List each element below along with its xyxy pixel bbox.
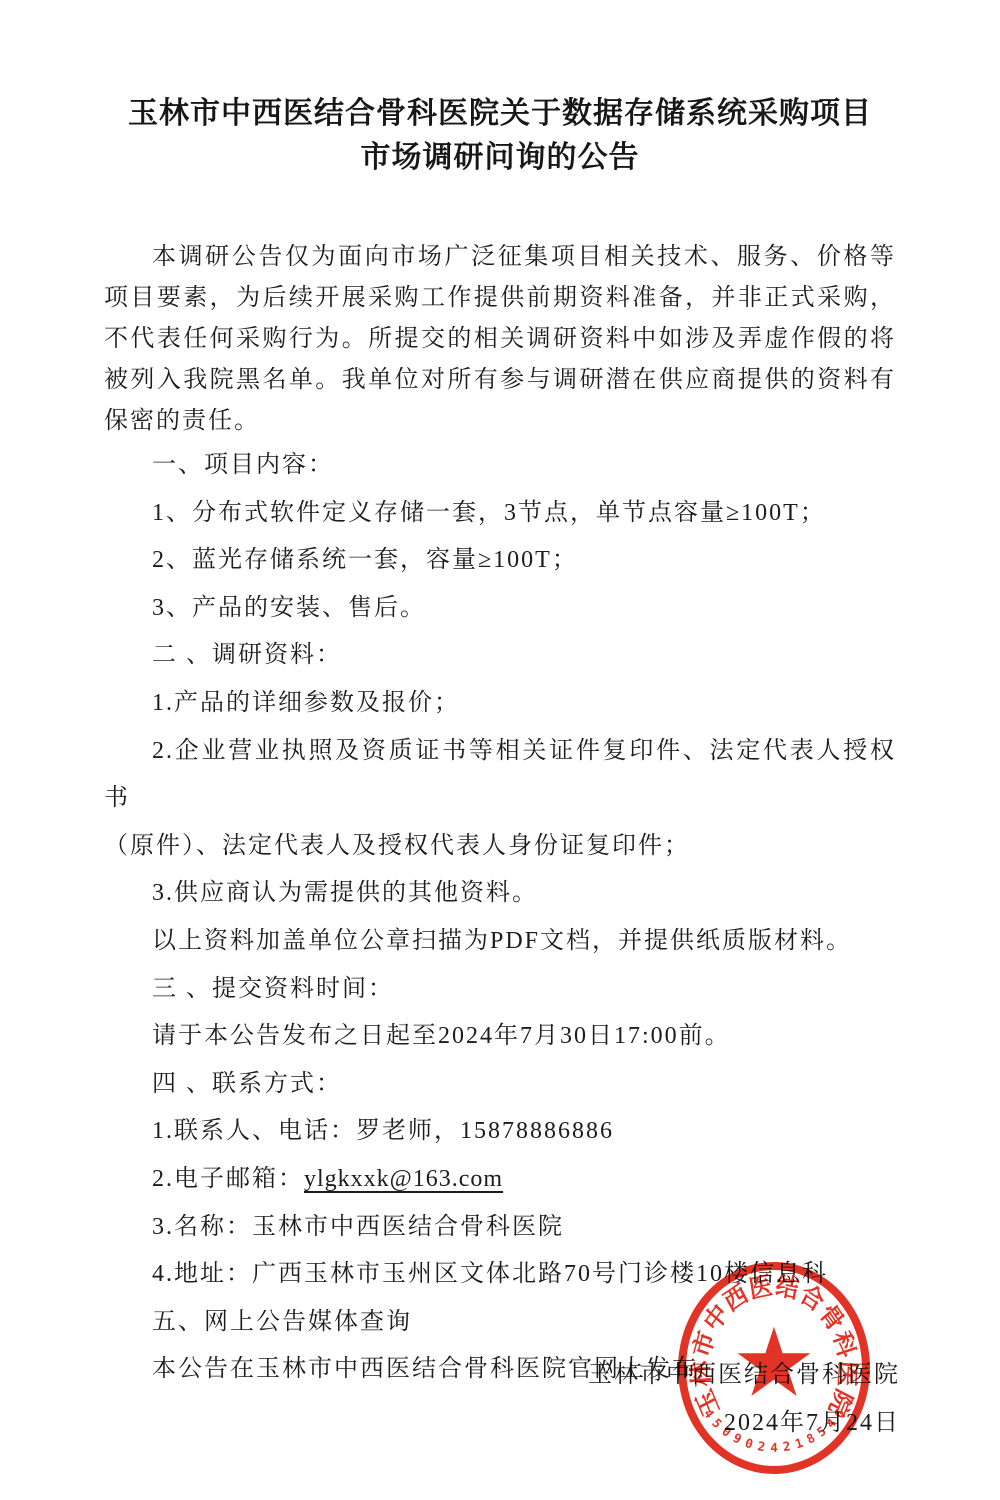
seal-serial-char: 4 — [701, 1407, 716, 1420]
paragraph: 2、蓝光存储系统一套，容量≥100T； — [104, 537, 896, 585]
seal-serial-char: 4 — [770, 1442, 778, 1455]
seal-serial-char: 5 — [815, 1425, 829, 1440]
contact-email-value: ylgkxxk@163.com — [304, 1166, 503, 1192]
seal-serial-char: 4 — [824, 1417, 838, 1431]
contact-email-label: 2.电子邮箱： — [152, 1166, 304, 1192]
paragraph: 2.企业营业执照及资质证书等相关证件复印件、法定代表人授权书 （原件）、法定代表… — [104, 728, 896, 871]
seal-serial-number: 4509024218546 — [678, 1262, 870, 1474]
document-page: 玉林市中西医结合骨科医院关于数据存储系统采购项目 市场调研问询的公告 本调研公告… — [0, 0, 1000, 1500]
seal-serial-char: 2 — [757, 1440, 766, 1454]
seal-serial-char: 6 — [832, 1407, 847, 1420]
seal-serial-char: 9 — [731, 1432, 743, 1447]
seal-serial-char: 1 — [794, 1437, 805, 1451]
paragraph: 1、分布式软件定义存储一套，3节点，单节点容量≥100T； — [104, 490, 896, 538]
seal-serial-char: 2 — [782, 1440, 791, 1454]
seal-serial-char: 0 — [719, 1425, 733, 1440]
document-body: 本调研公告仅为面向市场广泛征集项目相关技术、服务、价格等项目要素，为后续开展采购… — [104, 237, 896, 1394]
seal-serial-char: 8 — [805, 1432, 817, 1447]
intro-paragraph: 本调研公告仅为面向市场广泛征集项目相关技术、服务、价格等项目要素，为后续开展采购… — [104, 237, 896, 442]
contact-email-line: 2.电子邮箱：ylgkxxk@163.com — [104, 1156, 896, 1204]
seal-serial-char: 0 — [743, 1437, 754, 1451]
paragraph: 1.产品的详细参数及报价； — [104, 680, 896, 728]
paragraph: 3.供应商认为需提供的其他资料。 — [104, 870, 896, 918]
paragraph: 一、项目内容： — [104, 442, 896, 490]
title-line-2: 市场调研问询的公告 — [0, 136, 1000, 180]
paragraph: 3.名称：玉林市中西医结合骨科医院 — [104, 1204, 896, 1252]
paragraph: 二 、调研资料： — [104, 632, 896, 680]
paragraph: 三 、提交资料时间： — [104, 966, 896, 1014]
official-seal: ★ 玉林市中西医结合骨科医院 4509024218546 — [678, 1262, 870, 1474]
paragraph: 以上资料加盖单位公章扫描为PDF文档，并提供纸质版材料。 — [104, 918, 896, 966]
document-title: 玉林市中西医结合骨科医院关于数据存储系统采购项目 市场调研问询的公告 — [0, 92, 1000, 180]
paragraph: 四 、联系方式： — [104, 1061, 896, 1109]
paragraph: 请于本公告发布之日起至2024年7月30日17:00前。 — [104, 1013, 896, 1061]
seal-serial-char: 5 — [710, 1417, 724, 1431]
paragraph: 1.联系人、电话：罗老师，15878886886 — [104, 1108, 896, 1156]
paragraph: 3、产品的安装、售后。 — [104, 585, 896, 633]
title-line-1: 玉林市中西医结合骨科医院关于数据存储系统采购项目 — [0, 92, 1000, 136]
